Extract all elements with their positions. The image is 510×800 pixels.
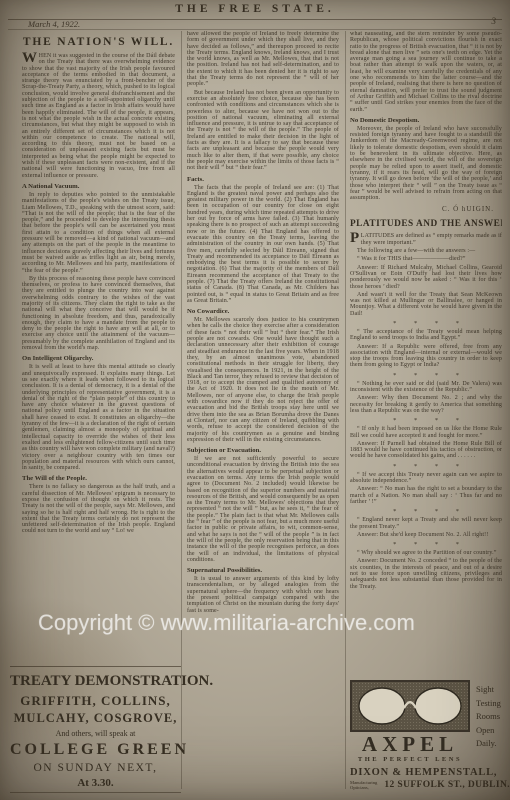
paragraph: have allowed the people of Ireland to fr… [187, 31, 339, 88]
subheading: A National Vacuum. [22, 183, 175, 190]
platitude-question: “ Was it for THIS that——————died?” [350, 256, 502, 262]
ad-firm-subtitle: Manufacturing Opticians, [350, 780, 384, 790]
ad-side-word: Daily. [476, 737, 501, 751]
ad-names: MULCAHY, COSGROVE, [10, 711, 181, 726]
ad-tagline: THE PERFECT LENS [350, 756, 470, 763]
subheading: Subjection or Evacuation. [187, 447, 339, 454]
asterisk-separator: * * * * [350, 319, 502, 328]
section-title: PLATITUDES AND THE ANSWERS. [350, 219, 502, 229]
platitude-answer: Answer: If Parnell had obtained the Home… [350, 441, 502, 460]
subheading: No Cowardice. [187, 308, 339, 315]
ad-names: GRIFFITH, COLLINS, [10, 693, 181, 709]
watermark: Copyright © www.militaria-archive.com [38, 610, 415, 636]
platitude-question: “ Nothing he ever said or did (said Mr. … [350, 381, 502, 394]
masthead-title: THE FREE STATE. [0, 3, 510, 15]
axpel-optician-ad: AXPEL THE PERFECT LENS Sight Testing Roo… [350, 680, 510, 790]
platitude-answer: Answer: “ No man has the right to set a … [350, 486, 502, 505]
spectacles-icon [350, 680, 470, 732]
drop-cap: W [22, 53, 37, 65]
platitude-question: “ England never kept a Treaty and she wi… [350, 517, 502, 530]
platitude-question: “ The acceptance of the Treaty would mea… [350, 329, 502, 342]
platitude-answer: Answer: Document No. 2 conceded “ to the… [350, 558, 502, 589]
ad-venue: COLLEGE GREEN [10, 741, 181, 759]
platitude-question: “ If we accept this Treaty never again c… [350, 472, 502, 485]
subheading: No Domestic Despotism. [350, 117, 502, 124]
subheading: Facts. [187, 176, 339, 183]
subheading: On Intelligent Oligarchy. [22, 355, 175, 362]
page-number: 3 [492, 16, 497, 26]
ad-side-word: Testing [476, 697, 501, 711]
platitude-answer: Answer: Why then Document No. 2 ; and wh… [350, 395, 502, 414]
treaty-demonstration-ad: TREATY DEMONSTRATION. GRIFFITH, COLLINS,… [10, 666, 181, 789]
ad-firm-name: DIXON & HEMPENSTALL, [350, 767, 510, 778]
platitude-answer: Answer: If a Republic were offered, free… [350, 344, 502, 369]
paragraph: But because Ireland has not been given a… [187, 90, 339, 172]
paragraph: The facts that the people of Ireland see… [187, 185, 339, 305]
author-signature: C. Ó hUIGIN. [350, 205, 494, 213]
ad-title: TREATY DEMONSTRATION. [10, 673, 181, 690]
paragraph: The following are a few—with the answers… [350, 248, 502, 254]
asterisk-separator: * * * * [350, 371, 502, 380]
paragraph: There is no fallacy so dangerous as the … [22, 484, 175, 534]
platitude-question: “ Why should we agree to the Partition o… [350, 550, 502, 556]
subheading: The Will of the People. [22, 475, 175, 482]
column-right: what nauseating, and the stern reminder … [350, 31, 502, 677]
ad-side-word: Rooms [476, 710, 501, 724]
platitude-answer: Answer: If Richard Mulcahy, Michael Coll… [350, 265, 502, 290]
column-divider [345, 31, 346, 789]
paragraph: By this process of reasoning these peopl… [22, 276, 175, 352]
paragraph: what nauseating, and the stern reminder … [350, 31, 502, 113]
ad-side-word: Sight [476, 683, 501, 697]
ad-line: And others, will speak at [10, 729, 181, 738]
ad-brand: AXPEL [350, 733, 470, 755]
paragraph: Mr. Mellowes scarcely does justice to hi… [187, 317, 339, 443]
platitude-question: “ If only it had been imposed on us like… [350, 426, 502, 439]
ad-address: 12 SUFFOLK ST., DUBLIN. [384, 780, 510, 790]
ad-when: ON SUNDAY NEXT, [10, 762, 181, 774]
column-bottom-rule [10, 792, 181, 793]
column-left: THE NATION'S WILL. WHEN it was suggested… [22, 31, 175, 664]
platitude-answer: Answer: But she'd keep Document No. 2. A… [350, 532, 502, 538]
paragraph-text: LATITUDES are defined as “ empty remarks… [361, 233, 502, 245]
issue-date: March 4, 1922. [28, 19, 80, 29]
paragraph: Moreover, the people of Ireland who have… [350, 126, 502, 202]
paragraph-text: HEN it was suggested in the course of th… [22, 53, 175, 179]
paragraph: PLATITUDES are defined as “ empty remark… [350, 233, 502, 246]
asterisk-separator: * * * * [350, 462, 502, 471]
paragraph: It is well at least to have this mental … [22, 364, 175, 471]
asterisk-separator: * * * * [350, 540, 502, 549]
newspaper-page: THE FREE STATE. March 4, 1922. 3 THE NAT… [0, 0, 510, 800]
paragraph: WHEN it was suggested in the course of t… [22, 53, 175, 179]
paragraph: If we are not sufficiently powerful to s… [187, 456, 339, 563]
ad-time: At 3.30. [10, 777, 181, 789]
paragraph: In reply to deputies who pointed to the … [22, 192, 175, 274]
ad-side-note: Sight Testing Rooms Open Daily. [470, 680, 501, 763]
asterisk-separator: * * * * [350, 507, 502, 516]
subheading: Supernatural Possibilities. [187, 567, 339, 574]
column-middle: have allowed the people of Ireland to fr… [187, 31, 339, 767]
ad-side-word: Open [476, 724, 501, 738]
paragraph: It is usual to answer arguments of this … [187, 576, 339, 614]
header-rule-lower [8, 29, 502, 30]
asterisk-separator: * * * * [350, 416, 502, 425]
platitude-answer: And wasn't it well for the Treaty that S… [350, 292, 502, 317]
header-rule [8, 19, 502, 20]
article-headline: THE NATION'S WILL. [22, 36, 175, 48]
drop-cap: P [350, 233, 359, 245]
